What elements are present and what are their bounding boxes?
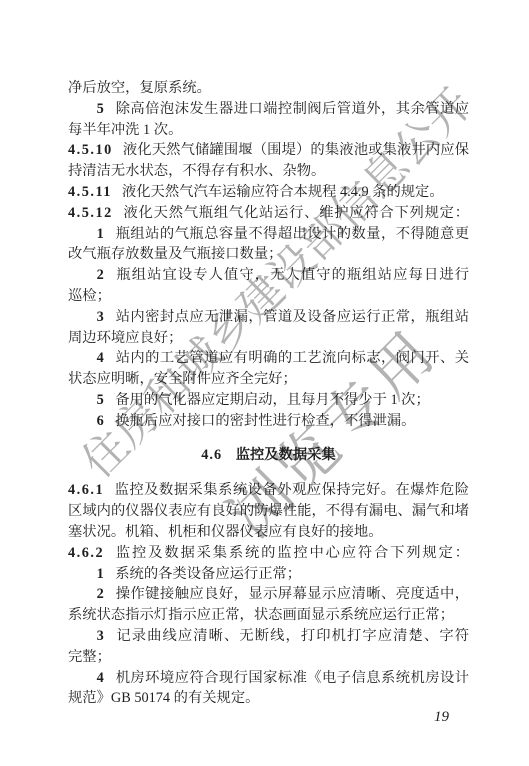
text-line: 2操作键接触应良好，显示屏幕显示应清晰、亮度适中， — [68, 584, 469, 605]
list-item: 1瓶组站的气瓶总容量不得超出设计的数量，不得随意更改气瓶存放数量及气瓶接口数量； — [68, 224, 469, 266]
list-item: 2操作键接触应良好，显示屏幕显示应清晰、亮度适中，系统状态指示灯指示应正常，状态… — [68, 584, 469, 626]
text-line: 4.5.10液化天然气储罐围堰（围堤）的集液池或集液井内应保 — [68, 140, 469, 161]
section-title: 监控及数据采集 — [236, 447, 336, 463]
item-number: 1 — [97, 226, 106, 242]
document-body: 净后放空，复原系统。5除高倍泡沫发生器进口端控制阀后管道外，其余管道应每半年冲洗… — [68, 78, 469, 709]
list-item: 4站内的工艺管道应有明确的工艺流向标志，阀门开、关状态应明晰，安全附件应齐全完好… — [68, 348, 469, 390]
list-item: 4机房环境应符合现行国家标准《电子信息系统机房设计规范》GB 50174 的有关… — [68, 668, 469, 710]
list-item: 1系统的各类设备应运行正常； — [68, 564, 469, 585]
text-line: 4.6.2监控及数据采集系统的监控中心应符合下列规定： — [68, 543, 469, 564]
text-line: 5除高倍泡沫发生器进口端控制阀后管道外，其余管道应 — [68, 99, 469, 120]
list-item: 5备用的气化器应定期启动，且每月不得少于 1 次； — [68, 390, 469, 411]
document-page: 住房和城乡建设部信息公开 浏览专用 净后放空，复原系统。5除高倍泡沫发生器进口端… — [0, 0, 529, 766]
list-item: 2瓶组站宜设专人值守，无人值守的瓶组站应每日进行巡检； — [68, 265, 469, 307]
text-line: 巡检； — [68, 286, 469, 307]
clause-paragraph: 4.5.12液化天然气瓶组气化站运行、维护应符合下列规定： — [68, 203, 469, 224]
text-line: 5备用的气化器应定期启动，且每月不得少于 1 次； — [68, 390, 469, 411]
text-line: 净后放空，复原系统。 — [68, 78, 469, 99]
clause-paragraph: 4.5.10液化天然气储罐围堰（围堤）的集液池或集液井内应保持清洁无水状态，不得… — [68, 140, 469, 182]
text-line: 3站内密封点应无泄漏，管道及设备应运行正常，瓶组站 — [68, 307, 469, 328]
text-line: 区域内的仪器仪表应有良好的防爆性能，不得有漏电、漏气和堵 — [68, 501, 469, 522]
clause-paragraph: 4.6.1监控及数据采集系统设备外观应保持完好。在爆炸危险区域内的仪器仪表应有良… — [68, 480, 469, 542]
text-line: 6换瓶后应对接口的密封性进行检查，不得泄漏。 — [68, 411, 469, 432]
section-heading: 4.6监控及数据采集 — [68, 445, 469, 466]
text-line: 4.5.12液化天然气瓶组气化站运行、维护应符合下列规定： — [68, 203, 469, 224]
item-number: 4 — [97, 670, 106, 686]
clause-number: 4.5.10 — [68, 142, 113, 158]
clause-number: 4.5.11 — [68, 184, 112, 200]
text-line: 规范》GB 50174 的有关规定。 — [68, 688, 469, 709]
clause-number: 4.5.12 — [68, 205, 113, 221]
text-line: 4机房环境应符合现行国家标准《电子信息系统机房设计 — [68, 668, 469, 689]
item-number: 2 — [97, 586, 106, 602]
section-number: 4.6 — [201, 447, 222, 463]
text-line: 4.5.11液化天然气汽车运输应符合本规程 4.4.9 条的规定。 — [68, 182, 469, 203]
list-item: 5除高倍泡沫发生器进口端控制阀后管道外，其余管道应每半年冲洗 1 次。 — [68, 99, 469, 141]
list-item: 3记录曲线应清晰、无断线，打印机打字应清楚、字符完整； — [68, 626, 469, 668]
text-line: 4.6.1监控及数据采集系统设备外观应保持完好。在爆炸危险 — [68, 480, 469, 501]
text-line: 1瓶组站的气瓶总容量不得超出设计的数量，不得随意更 — [68, 224, 469, 245]
clause-number: 4.6.2 — [68, 545, 104, 561]
text-line: 系统状态指示灯指示应正常，状态画面显示系统应运行正常； — [68, 605, 469, 626]
item-number: 2 — [97, 267, 106, 283]
text-line: 完整； — [68, 647, 469, 668]
item-number: 5 — [97, 392, 106, 408]
text-line: 1系统的各类设备应运行正常； — [68, 564, 469, 585]
page-number: 19 — [434, 709, 449, 726]
text-line: 状态应明晰，安全附件应齐全完好； — [68, 369, 469, 390]
text-line: 4站内的工艺管道应有明确的工艺流向标志，阀门开、关 — [68, 348, 469, 369]
item-number: 1 — [97, 566, 106, 582]
item-number: 3 — [97, 628, 106, 644]
paragraph: 净后放空，复原系统。 — [68, 78, 469, 99]
clause-paragraph: 4.6.2监控及数据采集系统的监控中心应符合下列规定： — [68, 543, 469, 564]
item-number: 5 — [97, 101, 106, 117]
list-item: 3站内密封点应无泄漏，管道及设备应运行正常，瓶组站周边环境应良好； — [68, 307, 469, 349]
text-line: 改气瓶存放数量及气瓶接口数量； — [68, 244, 469, 265]
text-line: 持清洁无水状态，不得存有积水、杂物。 — [68, 161, 469, 182]
text-line: 塞状况。机箱、机柜和仪器仪表应有良好的接地。 — [68, 522, 469, 543]
item-number: 3 — [97, 309, 106, 325]
list-item: 6换瓶后应对接口的密封性进行检查，不得泄漏。 — [68, 411, 469, 432]
clause-paragraph: 4.5.11液化天然气汽车运输应符合本规程 4.4.9 条的规定。 — [68, 182, 469, 203]
item-number: 4 — [97, 350, 106, 366]
item-number: 6 — [97, 413, 106, 429]
text-line: 每半年冲洗 1 次。 — [68, 120, 469, 141]
text-line: 周边环境应良好； — [68, 328, 469, 349]
text-line: 3记录曲线应清晰、无断线，打印机打字应清楚、字符 — [68, 626, 469, 647]
text-line: 2瓶组站宜设专人值守，无人值守的瓶组站应每日进行 — [68, 265, 469, 286]
clause-number: 4.6.1 — [68, 482, 104, 498]
